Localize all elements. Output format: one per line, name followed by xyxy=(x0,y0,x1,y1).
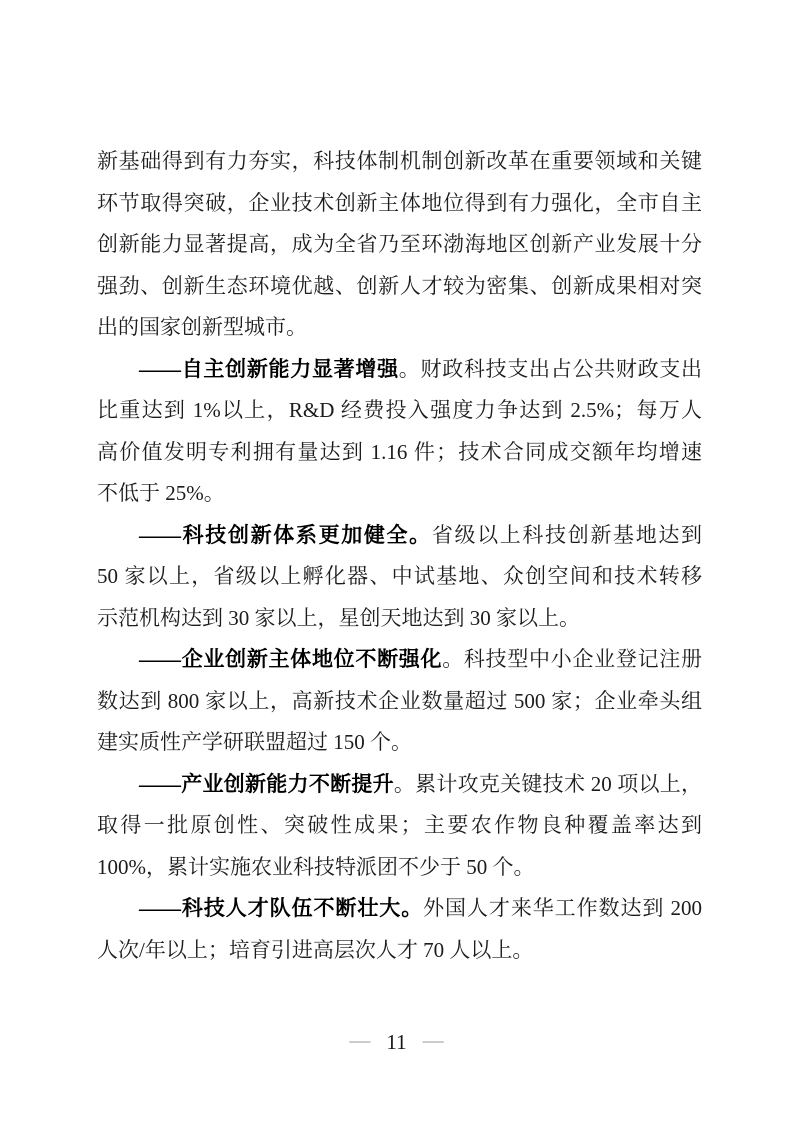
document-body: 新基础得到有力夯实，科技体制机制创新改革在重要领域和关键环节取得突破，企业技术创… xyxy=(97,141,702,971)
paragraph-text: 比重达到 1%以上，R&D 经费投入强度力争达到 2.5%；每万人 xyxy=(97,398,702,422)
paragraph-text: 50 家以上，省级以上孵化器、中试基地、众创空间和技术转移 xyxy=(97,564,702,588)
page-footer: —11— xyxy=(0,1028,793,1056)
paragraph-heading-text: ——科技人才队伍不断壮大。 xyxy=(139,896,423,920)
paragraph-2-line-4: 不低于 25%。 xyxy=(97,473,702,515)
paragraph-5-line-3: 100%，累计实施农业科技特派团不少于 50 个。 xyxy=(97,847,702,889)
paragraph-text: 出的国家创新型城市。 xyxy=(97,315,307,339)
paragraph-heading-text: ——科技创新体系更加健全。 xyxy=(139,523,432,547)
paragraph-2-line-1: ——自主创新能力显著增强。财政科技支出占公共财政支出 xyxy=(97,349,702,391)
paragraph-3-line-3: 示范机构达到 30 家以上，星创天地达到 30 家以上。 xyxy=(97,598,702,640)
paragraph-3-line-1: ——科技创新体系更加健全。省级以上科技创新基地达到 xyxy=(97,515,702,557)
paragraph-text: 。财政科技支出占公共财政支出 xyxy=(399,357,702,381)
footer-dash-left: — xyxy=(349,1028,370,1052)
paragraph-text: 创新能力显著提高，成为全省乃至环渤海地区创新产业发展十分 xyxy=(97,232,702,256)
paragraph-2-line-2: 比重达到 1%以上，R&D 经费投入强度力争达到 2.5%；每万人 xyxy=(97,390,702,432)
paragraph-text: 取得一批原创性、突破性成果；主要农作物良种覆盖率达到 xyxy=(97,813,702,837)
paragraph-text: 强劲、创新生态环境优越、创新人才较为密集、创新成果相对突 xyxy=(97,274,702,298)
paragraph-text: 数达到 800 家以上，高新技术企业数量超过 500 家；企业牵头组 xyxy=(97,689,702,713)
paragraph-text: 高价值发明专利拥有量达到 1.16 件；技术合同成交额年均增速 xyxy=(97,440,702,464)
paragraph-text: 100%，累计实施农业科技特派团不少于 50 个。 xyxy=(97,855,535,879)
paragraph-text: 环节取得突破，企业技术创新主体地位得到有力强化，全市自主 xyxy=(97,191,702,215)
paragraph-2-line-3: 高价值发明专利拥有量达到 1.16 件；技术合同成交额年均增速 xyxy=(97,432,702,474)
paragraph-text: 新基础得到有力夯实，科技体制机制创新改革在重要领域和关键 xyxy=(97,149,702,173)
paragraph-heading-text: ——企业创新主体地位不断强化 xyxy=(139,647,442,671)
paragraph-4-line-3: 建实质性产学研联盟超过 150 个。 xyxy=(97,722,702,764)
paragraph-text: 不低于 25%。 xyxy=(97,481,225,505)
paragraph-text: 省级以上科技创新基地达到 xyxy=(432,523,702,547)
paragraph-text: 建实质性产学研联盟超过 150 个。 xyxy=(97,730,412,754)
paragraph-4-line-2: 数达到 800 家以上，高新技术企业数量超过 500 家；企业牵头组 xyxy=(97,681,702,723)
paragraph-6-line-2: 人次/年以上；培育引进高层次人才 70 人以上。 xyxy=(97,930,702,972)
paragraph-1-line-3: 创新能力显著提高，成为全省乃至环渤海地区创新产业发展十分 xyxy=(97,224,702,266)
paragraph-4-line-1: ——企业创新主体地位不断强化。科技型中小企业登记注册 xyxy=(97,639,702,681)
paragraph-1-line-4: 强劲、创新生态环境优越、创新人才较为密集、创新成果相对突 xyxy=(97,266,702,308)
page-number: 11 xyxy=(386,1030,406,1054)
paragraph-1-line-5: 出的国家创新型城市。 xyxy=(97,307,702,349)
footer-dash-right: — xyxy=(423,1028,444,1052)
paragraph-3-line-2: 50 家以上，省级以上孵化器、中试基地、众创空间和技术转移 xyxy=(97,556,702,598)
paragraph-1-line-2: 环节取得突破，企业技术创新主体地位得到有力强化，全市自主 xyxy=(97,183,702,225)
paragraph-text: 外国人才来华工作数达到 200 xyxy=(423,896,702,920)
document-page: 新基础得到有力夯实，科技体制机制创新改革在重要领域和关键环节取得突破，企业技术创… xyxy=(0,0,793,1122)
paragraph-5-line-2: 取得一批原创性、突破性成果；主要农作物良种覆盖率达到 xyxy=(97,805,702,847)
paragraph-heading-text: ——自主创新能力显著增强 xyxy=(139,357,399,381)
paragraph-text: 。累计攻克关键技术 20 项以上， xyxy=(394,772,702,796)
paragraph-text: 。科技型中小企业登记注册 xyxy=(442,647,702,671)
paragraph-5-line-1: ——产业创新能力不断提升。累计攻克关键技术 20 项以上， xyxy=(97,764,702,806)
paragraph-text: 人次/年以上；培育引进高层次人才 70 人以上。 xyxy=(97,938,533,962)
paragraph-6-line-1: ——科技人才队伍不断壮大。外国人才来华工作数达到 200 xyxy=(97,888,702,930)
paragraph-heading-text: ——产业创新能力不断提升 xyxy=(139,772,394,796)
paragraph-text: 示范机构达到 30 家以上，星创天地达到 30 家以上。 xyxy=(97,606,580,630)
paragraph-1-line-1: 新基础得到有力夯实，科技体制机制创新改革在重要领域和关键 xyxy=(97,141,702,183)
